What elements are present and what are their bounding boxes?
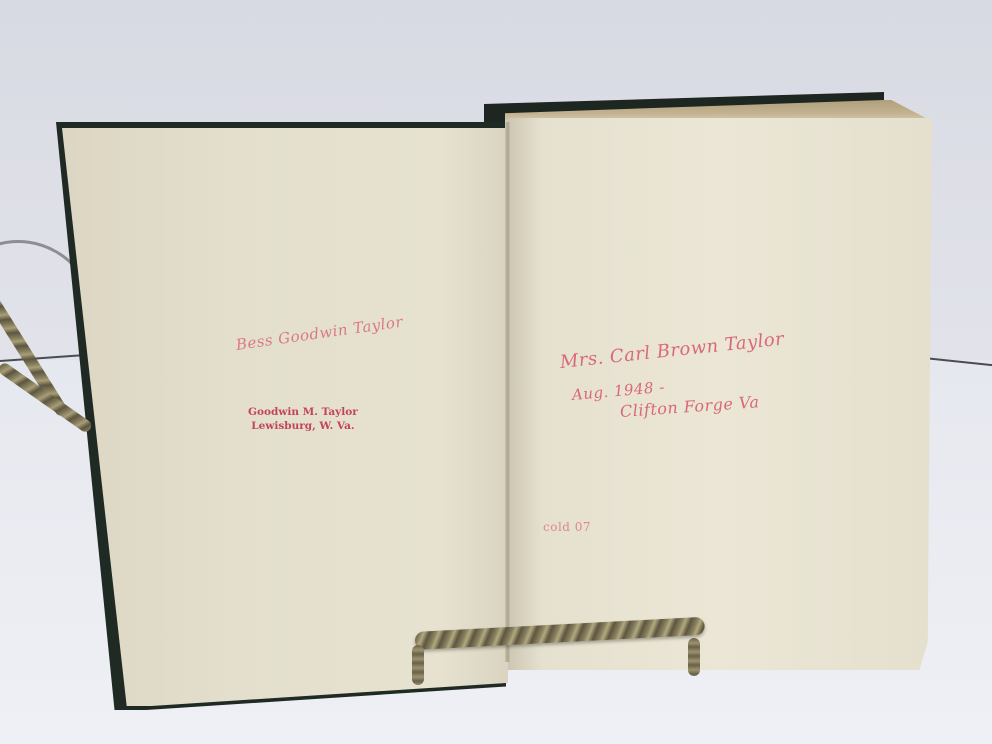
pencil-note: cold 07	[543, 520, 591, 534]
stamp-name: Goodwin M. Taylor	[248, 405, 358, 419]
owner-stamp: Goodwin M. Taylor Lewisburg, W. Va.	[248, 405, 358, 433]
stamp-location: Lewisburg, W. Va.	[248, 419, 358, 433]
stand-hook-left	[412, 645, 424, 685]
book-gutter	[505, 122, 511, 662]
stand-hook-right	[688, 638, 700, 676]
